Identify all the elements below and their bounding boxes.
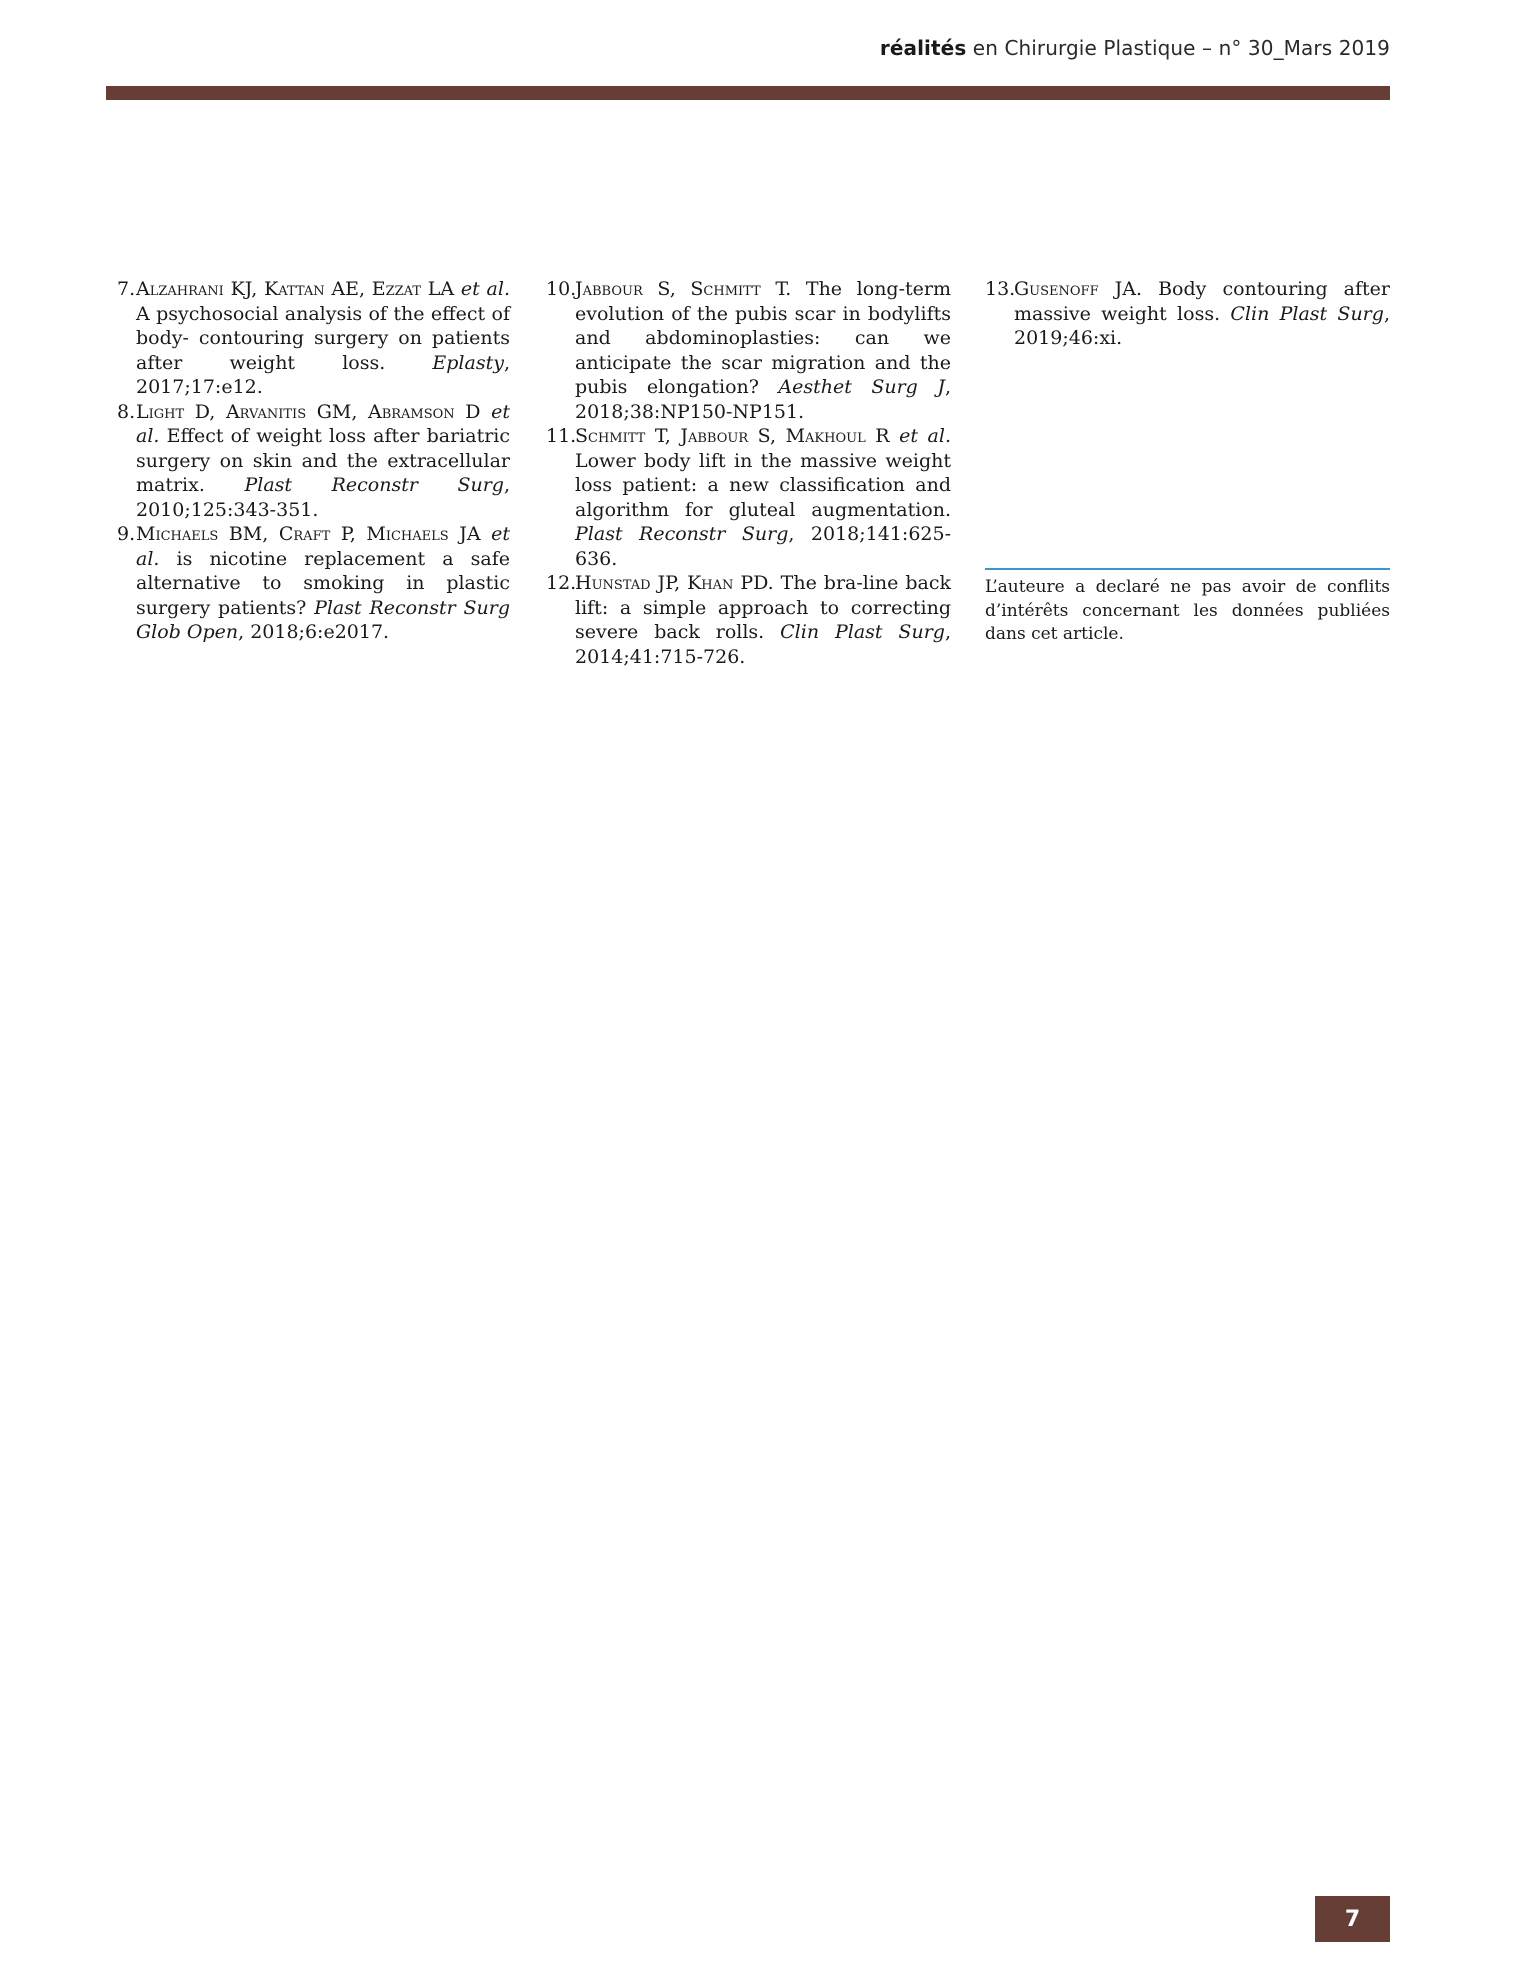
author: Jabbour [575, 278, 643, 300]
author: Arvanitis [226, 401, 306, 423]
author: Ezzat [372, 278, 421, 300]
reference-number: 11. [546, 424, 576, 449]
author: Light [136, 401, 184, 423]
journal-name: Eplasty [432, 352, 504, 374]
reference-number: 12. [546, 571, 576, 596]
author: Michaels [136, 523, 218, 545]
author: Craft [279, 523, 330, 545]
reference-item: 12.Hunstad JP, Khan PD. The bra-line bac… [546, 571, 951, 669]
journal-name: Plast Reconstr Surg [244, 474, 504, 496]
reference-item: 11.Schmitt T, Jabbour S, Makhoul R et al… [546, 424, 951, 571]
journal-name: Clin Plast Surg [780, 621, 945, 643]
author: Schmitt [575, 425, 645, 447]
running-header: réalités en Chirurgie Plastique – n° 30_… [880, 36, 1390, 60]
author: Alzahrani [136, 278, 224, 300]
journal-name: Clin Plast Surg [1230, 303, 1384, 325]
author: Jabbour [680, 425, 748, 447]
journal-brand: réalités [880, 36, 966, 60]
conflict-of-interest-statement: L’auteure a declaré ne pas avoir de conf… [985, 568, 1390, 647]
author: Kattan [264, 278, 325, 300]
author: Hunstad [575, 572, 651, 594]
reference-item: 8.Light D, Arvanitis GM, Abramson D et a… [117, 400, 510, 523]
author: Abramson [368, 401, 455, 423]
references-column-1: 7.Alzahrani KJ, Kattan AE, Ezzat LA et a… [117, 277, 510, 645]
author: Schmitt [690, 278, 760, 300]
reference-item: 9.Michaels BM, Craft P, Michaels JA et a… [117, 522, 510, 645]
author: Makhoul [786, 425, 866, 447]
reference-number: 8. [117, 400, 135, 425]
reference-title: Lower body lift in the massive weight lo… [575, 450, 951, 521]
journal-issue: en Chirurgie Plastique – n° 30_Mars 2019 [966, 36, 1390, 60]
references-column-3: 13.Gusenoff JA. Body contouring after ma… [985, 277, 1390, 351]
author: Gusenoff [1014, 278, 1099, 300]
journal-name: Aesthet Surg J [778, 376, 945, 398]
reference-number: 10. [546, 277, 576, 302]
reference-number: 9. [117, 522, 135, 547]
journal-name: Plast Reconstr Surg [575, 523, 788, 545]
header-bar [106, 86, 1390, 100]
author: Khan [687, 572, 733, 594]
reference-number: 7. [117, 277, 135, 302]
reference-item: 7.Alzahrani KJ, Kattan AE, Ezzat LA et a… [117, 277, 510, 400]
citation: , 2018;6:e2017. [238, 621, 389, 643]
reference-item: 13.Gusenoff JA. Body contouring after ma… [985, 277, 1390, 351]
author: Michaels [366, 523, 448, 545]
page-number: 7 [1315, 1896, 1390, 1942]
reference-item: 10.Jabbour S, Schmitt T. The long-term e… [546, 277, 951, 424]
references-column-2: 10.Jabbour S, Schmitt T. The long-term e… [546, 277, 951, 669]
reference-number: 13. [985, 277, 1015, 302]
